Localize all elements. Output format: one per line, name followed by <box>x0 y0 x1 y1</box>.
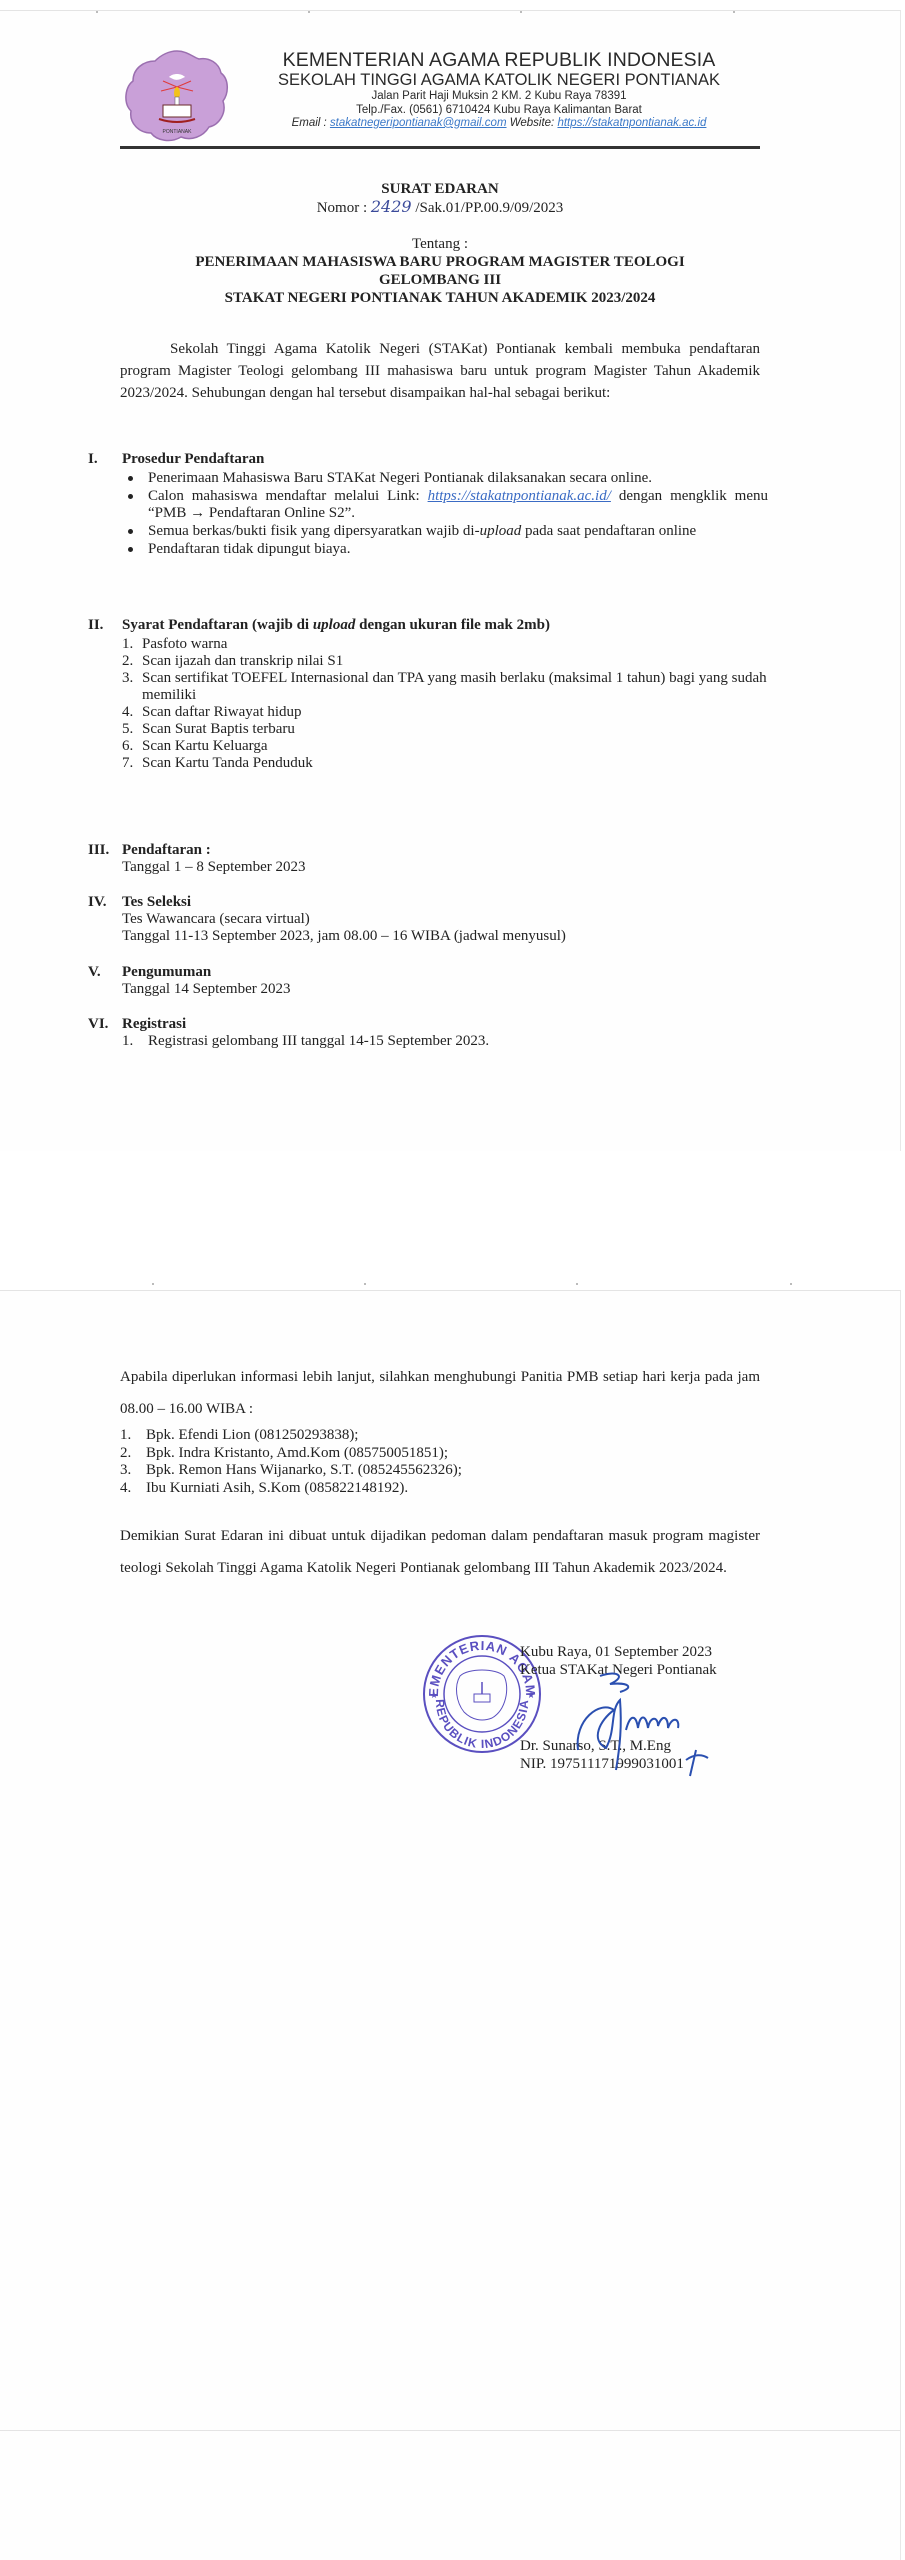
list-item: Penerimaan Mahasiswa Baru STAKat Negeri … <box>122 470 768 487</box>
requirement-item: 6.Scan Kartu Keluarga <box>122 738 768 755</box>
registration-link[interactable]: https://stakatnpontianak.ac.id/ <box>428 488 611 504</box>
document-type: SURAT EDARAN <box>100 180 780 198</box>
institution-name: SEKOLAH TINGGI AGAMA KATOLIK NEGERI PONT… <box>238 71 760 90</box>
section-requirements: II.Syarat Pendaftaran (wajib di upload d… <box>88 617 768 772</box>
list-item: Pendaftaran tidak dipungut biaya. <box>122 541 768 558</box>
handwritten-number: 2429 <box>371 197 412 216</box>
contact-line: Email : stakatnegeripontianak@gmail.com … <box>238 117 760 130</box>
section-registration-procedure: I.Prosedur Pendaftaran Penerimaan Mahasi… <box>88 451 768 559</box>
contact-list: 1.Bpk. Efendi Lion (081250293838);2.Bpk.… <box>120 1427 760 1497</box>
subject-line-3: STAKAT NEGERI PONTIANAK TAHUN AKADEMIK 2… <box>100 289 780 307</box>
institution-logo-icon: PONTIANAK <box>123 47 231 145</box>
subject-line-1: PENERIMAAN MAHASISWA BARU PROGRAM MAGIST… <box>100 253 780 271</box>
requirement-item: 1.Pasfoto warna <box>122 636 768 653</box>
requirement-item: 7.Scan Kartu Tanda Penduduk <box>122 755 768 772</box>
requirement-item: 3.Scan sertifikat TOEFEL Internasional d… <box>122 670 768 704</box>
requirement-item: 2.Scan ijazah dan transkrip nilai S1 <box>122 653 768 670</box>
svg-text:PONTIANAK: PONTIANAK <box>163 129 193 135</box>
section-reregistration: VI.Registrasi 1.Registrasi gelombang III… <box>88 1016 768 1050</box>
email-link[interactable]: stakatnegeripontianak@gmail.com <box>330 117 507 129</box>
institution-address: Jalan Parit Haji Muksin 2 KM. 2 Kubu Ray… <box>238 90 760 103</box>
test-type: Tes Wawancara (secara virtual) <box>122 911 768 928</box>
contact-item: 3.Bpk. Remon Hans Wijanarko, S.T. (08524… <box>120 1462 760 1480</box>
section-title: Prosedur Pendaftaran <box>122 451 264 468</box>
subject-label: Tentang : <box>100 235 780 253</box>
letterhead: PONTIANAK KEMENTERIAN AGAMA REPUBLIK IND… <box>120 45 760 151</box>
requirement-item: 4.Scan daftar Riwayat hidup <box>122 704 768 721</box>
handwritten-signature-icon <box>570 1670 730 1780</box>
document-title-block: SURAT EDARAN Nomor : 2429 /Sak.01/PP.00.… <box>100 180 780 307</box>
section-title: Syarat Pendaftaran (wajib di upload deng… <box>122 617 550 634</box>
section-registration-dates: III.Pendaftaran : Tanggal 1 – 8 Septembe… <box>88 842 768 876</box>
contact-item: 1.Bpk. Efendi Lion (081250293838); <box>120 1427 760 1445</box>
svg-text:★: ★ <box>430 1690 438 1700</box>
document-page-3 <box>0 2430 901 2560</box>
section-selection-test: IV.Tes Seleksi Tes Wawancara (secara vir… <box>88 894 768 945</box>
requirement-item: 5.Scan Surat Baptis terbaru <box>122 721 768 738</box>
list-item: Semua berkas/bukti fisik yang dipersyara… <box>122 523 768 540</box>
test-schedule: Tanggal 11-13 September 2023, jam 08.00 … <box>122 928 768 945</box>
requirements-list: 1.Pasfoto warna2.Scan ijazah dan transkr… <box>122 636 768 772</box>
contact-item: 4.Ibu Kurniati Asih, S.Kom (085822148192… <box>120 1480 760 1498</box>
website-link[interactable]: https://stakatnpontianak.ac.id <box>557 117 706 129</box>
institution-phone: Telp./Fax. (0561) 6710424 Kubu Raya Kali… <box>238 104 760 117</box>
ministry-name: KEMENTERIAN AGAMA REPUBLIK INDONESIA <box>238 49 760 71</box>
closing-paragraph: Demikian Surat Edaran ini dibuat untuk d… <box>120 1520 760 1584</box>
announcement-date: Tanggal 14 September 2023 <box>122 981 768 998</box>
section-announcement: V.Pengumuman Tanggal 14 September 2023 <box>88 964 768 998</box>
contact-intro: Apabila diperlukan informasi lebih lanju… <box>120 1361 760 1425</box>
svg-text:REPUBLIK INDONESIA: REPUBLIK INDONESIA <box>433 1699 531 1751</box>
reregistration-item: 1.Registrasi gelombang III tanggal 14-15… <box>122 1033 768 1050</box>
intro-paragraph: Sekolah Tinggi Agama Katolik Negeri (STA… <box>120 338 760 404</box>
website-label: Website: <box>507 117 558 129</box>
place-date: Kubu Raya, 01 September 2023 <box>520 1643 780 1661</box>
email-label: Email : <box>292 117 330 129</box>
list-item: Calon mahasiswa mendaftar melalui Link: … <box>122 488 768 522</box>
subject-line-2: GELOMBANG III <box>100 271 780 289</box>
document-number: Nomor : 2429 /Sak.01/PP.00.9/09/2023 <box>100 198 780 217</box>
letterhead-divider <box>120 146 760 149</box>
registration-date: Tanggal 1 – 8 September 2023 <box>122 859 768 876</box>
contact-item: 2.Bpk. Indra Kristanto, Amd.Kom (0857500… <box>120 1445 760 1463</box>
